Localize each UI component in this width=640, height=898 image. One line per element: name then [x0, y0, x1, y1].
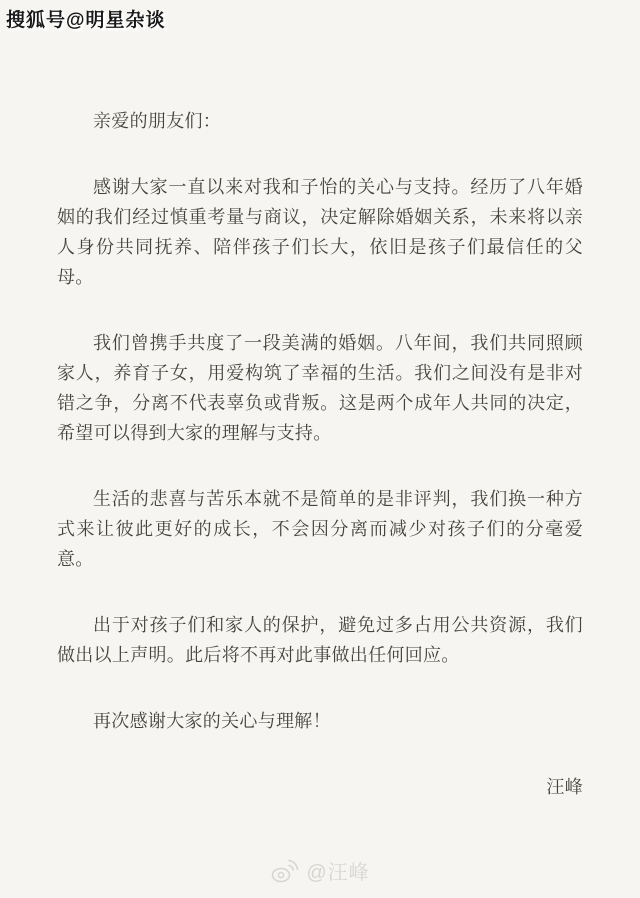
paragraph-2: 我们曾携手共度了一段美满的婚姻。八年间，我们共同照顾家人，养育子女，用爱构筑了幸…	[57, 328, 583, 448]
statement-page: 搜狐号@明星杂谈 亲爱的朋友们： 感谢大家一直以来对我和子怡的关心与支持。经历了…	[0, 0, 640, 898]
weibo-watermark-text: @汪峰	[306, 856, 369, 885]
weibo-logo-icon	[270, 857, 300, 884]
weibo-watermark: @汪峰	[0, 856, 640, 885]
paragraph-3: 生活的悲喜与苦乐本就不是简单的是非评判，我们换一种方式来让彼此更好的成长，不会因…	[57, 484, 583, 574]
paragraph-1: 感谢大家一直以来对我和子怡的关心与支持。经历了八年婚姻的我们经过慎重考量与商议，…	[57, 172, 583, 292]
paragraph-4: 出于对孩子们和家人的保护，避免过多占用公共资源，我们做出以上声明。此后将不再对此…	[57, 610, 583, 670]
statement-letter: 亲爱的朋友们： 感谢大家一直以来对我和子怡的关心与支持。经历了八年婚姻的我们经过…	[0, 0, 640, 838]
salutation: 亲爱的朋友们：	[57, 106, 583, 136]
closing-line: 再次感谢大家的关心与理解！	[57, 706, 583, 736]
signature: 汪峰	[57, 772, 583, 802]
